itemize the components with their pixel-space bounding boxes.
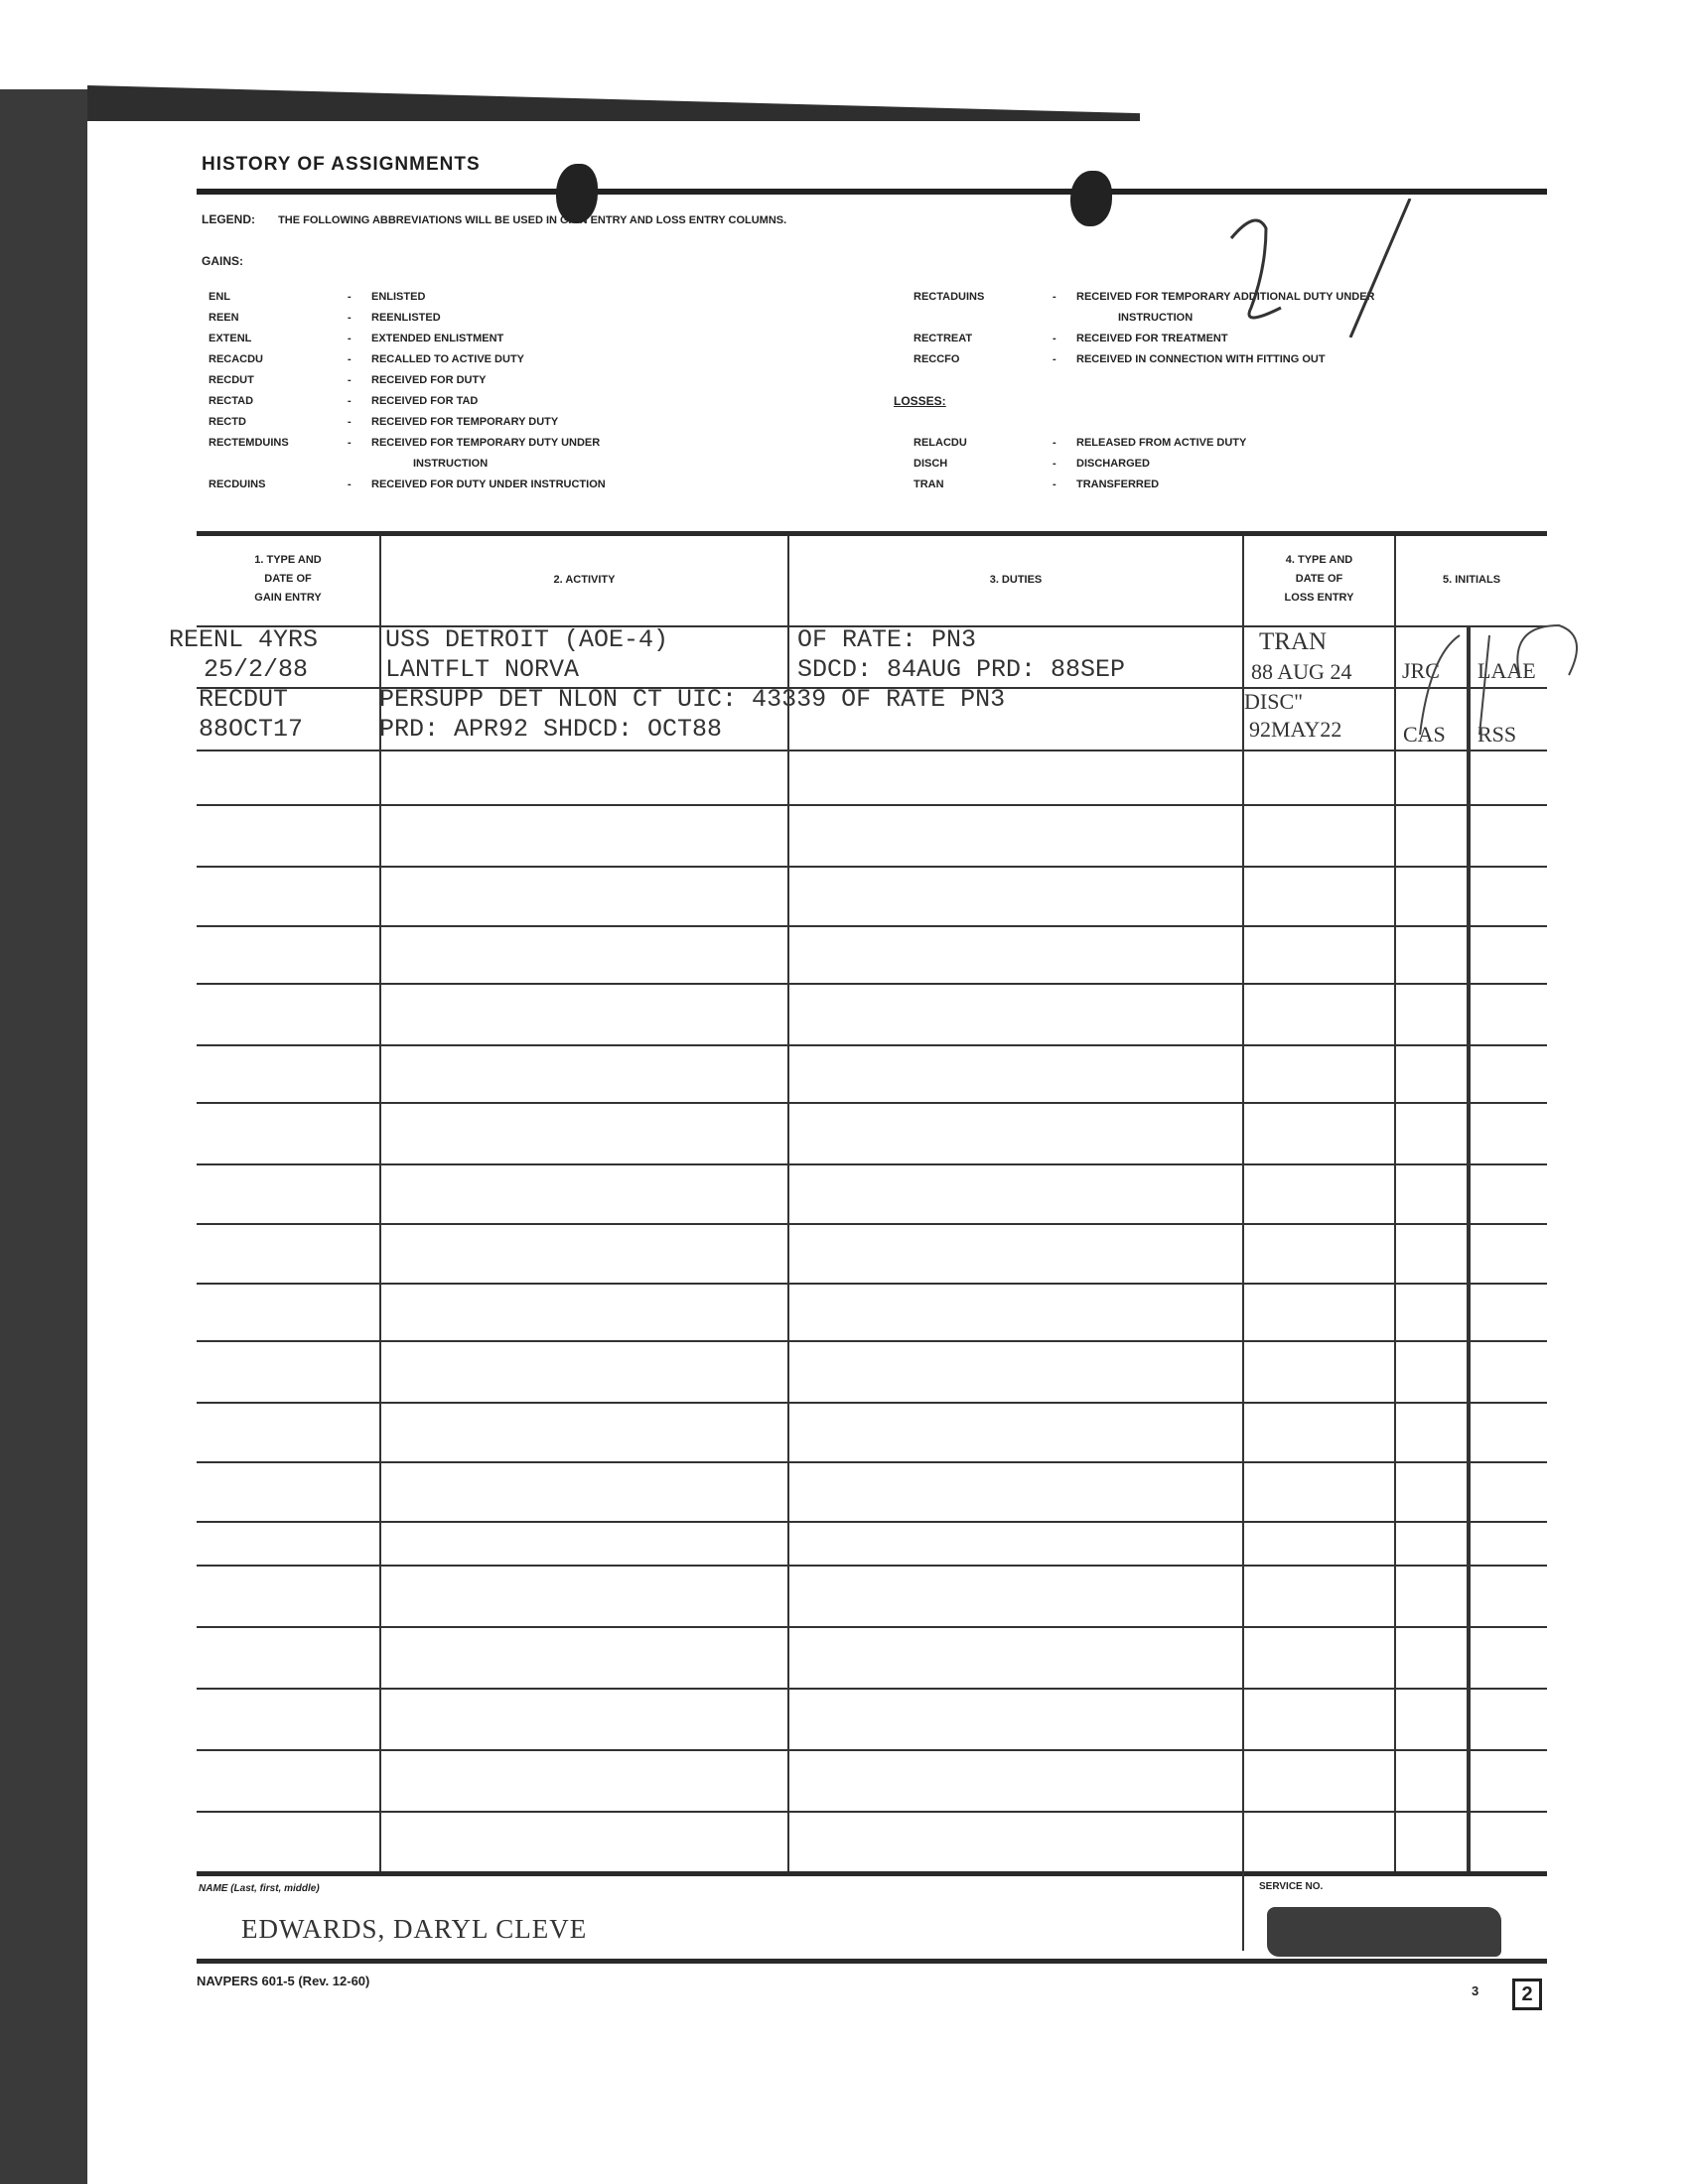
row-divider xyxy=(197,1223,1547,1225)
duties-line: SDCD: 84AUG PRD: 88SEP xyxy=(797,655,1125,685)
row-divider xyxy=(197,1749,1547,1751)
abbr-row: RECCFO-RECEIVED IN CONNECTION WITH FITTI… xyxy=(914,348,1375,369)
page-number-box: 2 xyxy=(1512,1979,1542,2010)
gain-type: REENL 4YRS xyxy=(169,625,318,655)
header-duties: 3. DUTIES xyxy=(789,571,1242,590)
row-divider xyxy=(197,1565,1547,1567)
col-divider xyxy=(787,536,789,1871)
row-divider xyxy=(197,1461,1547,1463)
activity-line: PRD: APR92 SHDCD: OCT88 xyxy=(379,715,722,745)
loss-type: DISC" xyxy=(1244,687,1303,717)
punch-hole-mark xyxy=(1070,171,1112,226)
abbr-row: TRAN-TRANSFERRED xyxy=(914,474,1246,494)
gain-type: RECDUT xyxy=(199,685,288,715)
gain-date: 88OCT17 xyxy=(199,715,303,745)
loss-date: 92MAY22 xyxy=(1249,715,1341,745)
abbr-row: RECACDU-RECALLED TO ACTIVE DUTY xyxy=(209,348,606,369)
loss-date: 88 AUG 24 xyxy=(1251,657,1351,687)
scan-edge-shadow xyxy=(0,89,87,2184)
col-divider xyxy=(1394,536,1396,1871)
col-divider-initials xyxy=(1467,627,1471,1871)
row-divider xyxy=(197,1811,1547,1813)
row-divider xyxy=(197,1626,1547,1628)
row-divider xyxy=(197,983,1547,985)
abbr-row: RECTEMDUINS-RECEIVED FOR TEMPORARY DUTY … xyxy=(209,432,606,453)
service-no-label: SERVICE NO. xyxy=(1259,1881,1323,1892)
col-divider xyxy=(1242,536,1244,1951)
row-divider xyxy=(197,1044,1547,1046)
abbr-row: DISCH-DISCHARGED xyxy=(914,453,1246,474)
row-divider xyxy=(197,1102,1547,1104)
header-initials: 5. INITIALS xyxy=(1396,571,1547,590)
header-gain-entry: 1. TYPE AND DATE OF GAIN ENTRY xyxy=(197,551,379,608)
gains-left-list: ENL-ENLISTED REEN-REENLISTED EXTENL-EXTE… xyxy=(209,286,606,494)
abbr-row: EXTENL-EXTENDED ENLISTMENT xyxy=(209,328,606,348)
abbr-row: ENL-ENLISTED xyxy=(209,286,606,307)
row-divider xyxy=(197,925,1547,927)
gain-date: 25/2/88 xyxy=(204,655,308,685)
name-label: NAME (Last, first, middle) xyxy=(199,1883,320,1894)
activity-line: PERSUPP DET NLON CT UIC: 43339 OF RATE P… xyxy=(379,685,1005,715)
abbr-row-continued: INSTRUCTION xyxy=(209,453,606,474)
gains-heading: GAINS: xyxy=(202,254,243,268)
abbr-row: RECDUT-RECEIVED FOR DUTY xyxy=(209,369,606,390)
row-divider xyxy=(197,1340,1547,1342)
abbr-row: RECDUINS-RECEIVED FOR DUTY UNDER INSTRUC… xyxy=(209,474,606,494)
name-value: EDWARDS, DARYL CLEVE xyxy=(241,1914,587,1945)
activity-line: USS DETROIT (AOE-4) xyxy=(385,625,668,655)
scan-top-shadow xyxy=(87,85,1140,121)
row-divider xyxy=(197,750,1547,751)
abbr-row: RECTD-RECEIVED FOR TEMPORARY DUTY xyxy=(209,411,606,432)
legend-label: LEGEND: xyxy=(202,212,255,226)
row-divider xyxy=(197,804,1547,806)
activity-line: LANTFLT NORVA xyxy=(385,655,579,685)
header-activity: 2. ACTIVITY xyxy=(381,571,787,590)
table-top-rule xyxy=(197,531,1547,536)
title-rule xyxy=(197,189,1547,195)
header-loss-entry: 4. TYPE AND DATE OF LOSS ENTRY xyxy=(1244,551,1394,608)
service-no-redaction xyxy=(1267,1907,1501,1957)
form-number: NAVPERS 601-5 (Rev. 12-60) xyxy=(197,1974,369,1988)
table-bottom-rule xyxy=(197,1871,1547,1876)
row-divider xyxy=(197,1521,1547,1523)
duties-line: OF RATE: PN3 xyxy=(797,625,976,655)
row-divider xyxy=(197,1688,1547,1690)
row-divider xyxy=(197,1163,1547,1165)
losses-list: RELACDU-RELEASED FROM ACTIVE DUTY DISCH-… xyxy=(914,432,1246,494)
losses-heading: LOSSES: xyxy=(894,394,946,408)
row-divider xyxy=(197,1283,1547,1285)
handwritten-number-mark xyxy=(1211,199,1470,338)
legend-line: LEGEND: THE FOLLOWING ABBREVIATIONS WILL… xyxy=(202,212,786,226)
loss-type: TRAN xyxy=(1259,627,1327,657)
abbr-row: RELACDU-RELEASED FROM ACTIVE DUTY xyxy=(914,432,1246,453)
legend-text: THE FOLLOWING ABBREVIATIONS WILL BE USED… xyxy=(278,214,786,226)
abbr-row: RECTAD-RECEIVED FOR TAD xyxy=(209,390,606,411)
row-divider xyxy=(197,1402,1547,1404)
form-title: HISTORY OF ASSIGNMENTS xyxy=(202,154,481,176)
row-divider xyxy=(197,866,1547,868)
footer-rule xyxy=(197,1959,1547,1964)
handwritten-signature xyxy=(1400,615,1599,754)
abbr-row: REEN-REENLISTED xyxy=(209,307,606,328)
page-number-small: 3 xyxy=(1472,1983,1478,1998)
